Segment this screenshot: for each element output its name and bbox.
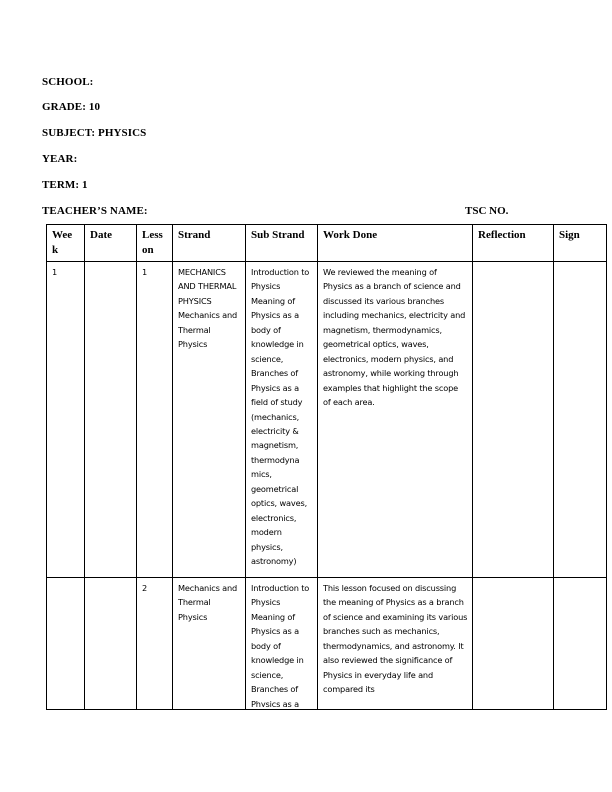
- cell-sub-strand: Introduction to Physics Meaning of Physi…: [246, 262, 318, 578]
- tsc-number-label: TSC NO.: [465, 205, 508, 217]
- cell-date: [85, 262, 137, 578]
- cell-strand: MECHANICS AND THERMAL PHYSICS Mechanics …: [173, 262, 246, 578]
- column-header-work-done: Work Done: [318, 225, 473, 262]
- cell-reflection: [473, 262, 554, 578]
- column-header-lesson: Less on: [137, 225, 173, 262]
- column-header-date: Date: [85, 225, 137, 262]
- cell-strand: Mechanics and Thermal Physics: [173, 578, 246, 710]
- cell-sub-strand: Introduction to Physics Meaning of Physi…: [246, 578, 318, 710]
- column-header-week: Wee k: [47, 225, 85, 262]
- grade-label: GRADE: 10: [42, 101, 100, 113]
- column-header-sign: Sign: [554, 225, 607, 262]
- cell-week: [47, 578, 85, 710]
- year-label: YEAR:: [42, 153, 77, 165]
- school-label: SCHOOL:: [42, 76, 93, 88]
- cell-week: 1: [47, 262, 85, 578]
- cell-work-done: This lesson focused on discussing the me…: [318, 578, 473, 710]
- cell-lesson: 2: [137, 578, 173, 710]
- subject-label: SUBJECT: PHYSICS: [42, 127, 146, 139]
- table-row: 2 Mechanics and Thermal Physics Introduc…: [47, 578, 607, 710]
- cell-date: [85, 578, 137, 710]
- cell-lesson: 1: [137, 262, 173, 578]
- term-label: TERM: 1: [42, 179, 88, 191]
- column-header-reflection: Reflection: [473, 225, 554, 262]
- column-header-strand: Strand: [173, 225, 246, 262]
- table-header-row: Wee k Date Less on Strand Sub Strand Wor…: [47, 225, 607, 262]
- cell-sign: [554, 578, 607, 710]
- column-header-sub-strand: Sub Strand: [246, 225, 318, 262]
- cell-sign: [554, 262, 607, 578]
- record-of-work-table: Wee k Date Less on Strand Sub Strand Wor…: [46, 224, 607, 710]
- table-row: 1 1 MECHANICS AND THERMAL PHYSICS Mechan…: [47, 262, 607, 578]
- cell-reflection: [473, 578, 554, 710]
- teacher-name-label: TEACHER’S NAME:: [42, 205, 148, 217]
- cell-work-done: We reviewed the meaning of Physics as a …: [318, 262, 473, 578]
